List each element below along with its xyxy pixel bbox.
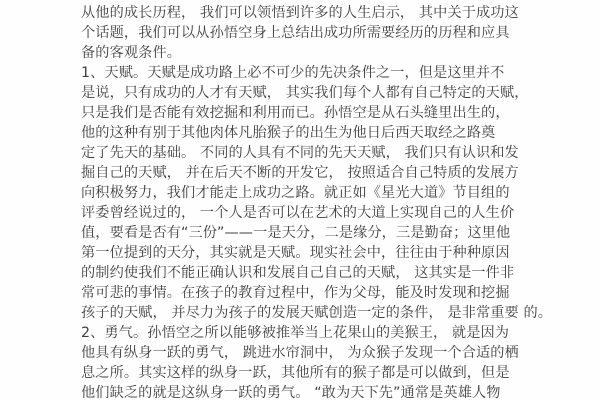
text-line: 值，要看是否有“三份”——一是天分，二是缘分，三是勤奋；这里他 <box>81 223 519 243</box>
text-line: 掘自己的天赋， 并在后天不断的开发它， 按照适合自己特质的发展方 <box>81 163 519 183</box>
text-line: 第一位提到的天分，其实就是天赋。现实社会中，往往由于种种原因 <box>81 243 519 263</box>
text-line: 他们缺乏的就是这纵身一跃的勇气。 “敢为天下先”通常是英雄人物 <box>81 383 519 400</box>
text-line: 孩子的天赋， 并尽力为孩子的发展天赋创造一定的条件， 是非常重要 的。 <box>81 303 519 323</box>
text-line: 定了先天的基础。 不同的人具有不同的先天天赋， 我们只有认识和发 <box>81 143 519 163</box>
text-line: 2、勇气。孙悟空之所以能够被推举当上花果山的美猴王， 就是因为 <box>81 323 519 343</box>
text-line: 他具有纵身一跃的勇气， 跳进水帘洞中， 为众猴子发现一个合适的栖 <box>81 343 519 363</box>
text-line: 从他的成长历程， 我们可以领悟到许多的人生启示， 其中关于成功这 <box>81 3 519 23</box>
text-line: 常可悲的事情。在孩子的教育过程中，作为父母，能及时发现和挖掘 <box>81 283 519 303</box>
text-line: 1、天赋。天赋是成功路上必不可少的先决条件之一，但是这里并不 <box>81 63 519 83</box>
text-line: 他的这种有别于其他肉体凡胎猴子的出生为他日后西天取经之路奠 <box>81 123 519 143</box>
text-line: 备的客观条件。 <box>81 43 519 63</box>
text-line: 评委曾经说过的， 一个人是否可以在艺术的大道上实现自己的人生价 <box>81 203 519 223</box>
text-line: 的制约使我们不能正确认识和发展自己自己的天赋， 这其实是一件非 <box>81 263 519 283</box>
article-text-block: 从他的成长历程， 我们可以领悟到许多的人生启示， 其中关于成功这 个话题，我们可… <box>81 0 519 400</box>
text-line: 向积极努力，我们才能走上成功之路。就正如《星光大道》节目组的 <box>81 183 519 203</box>
document-page: 从他的成长历程， 我们可以领悟到许多的人生启示， 其中关于成功这 个话题，我们可… <box>0 0 600 400</box>
text-line: 息之所。其实这样的纵身一跃，其他所有的猴子都是可以做到，但是 <box>81 363 519 383</box>
text-line: 是说，只有成功的人才有天赋， 其实我们每个人都有自己特定的天赋， <box>81 83 519 103</box>
text-line: 个话题，我们可以从孙悟空身上总结出成功所需要经历的历程和应具 <box>81 23 519 43</box>
text-line: 只是我们是否能有效挖掘和利用而已。孙悟空是从石头缝里出生的， <box>81 103 519 123</box>
